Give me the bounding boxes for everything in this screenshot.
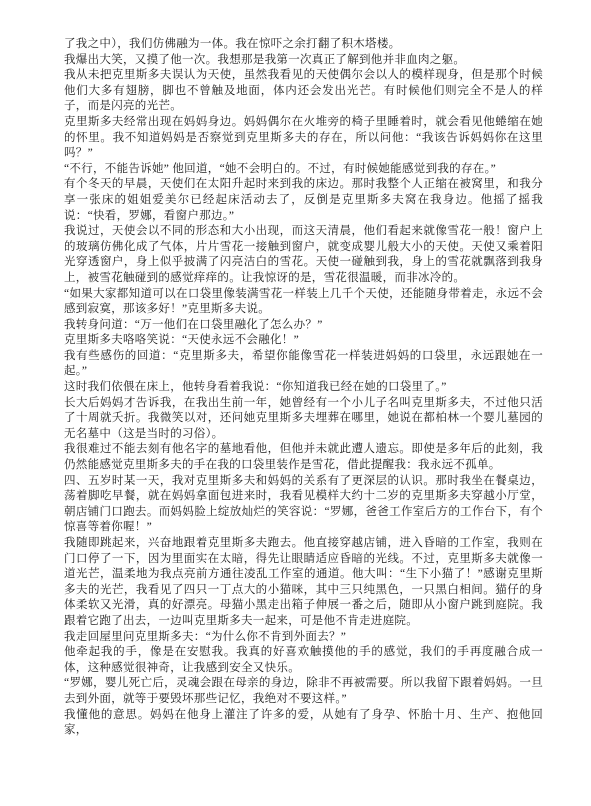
paragraph: 我有些感伤的回道：“克里斯多夫，希望你能像雪花一样装进妈妈的口袋里，永远跟她在一… <box>64 349 543 380</box>
paragraph: 有个冬天的早晨，天使们在太阳升起时来到我的床边。那时我整个人正缩在被窝里，和我分… <box>64 177 543 224</box>
paragraph: “不行，不能告诉她” 他回道，“她不会明白的。不过，有时候她能感觉到我的存在。” <box>64 162 543 178</box>
paragraph: 这时我们依偎在床上，他转身看着我说：“你知道我已经在她的口袋里了。” <box>64 380 543 396</box>
paragraph: 长大后妈妈才告诉我，在我出生前一年，她曾经有一个小儿子名叫克里斯多夫，不过他只活… <box>64 396 543 443</box>
paragraph: 我懂他的意思。妈妈在他身上灌注了许多的爱，从她有了身孕、怀胎十月、生产、抱他回家… <box>64 708 543 739</box>
paragraph: 克里斯多夫经常出现在妈妈身边。妈妈偶尔在火堆旁的椅子里睡着时，就会看见他蜷缩在她… <box>64 115 543 162</box>
paragraph: 我走回屋里问克里斯多夫：“为什么你不肯到外面去？” <box>64 630 543 646</box>
paragraph: 四、五岁时某一天，我对克里斯多夫和妈妈的关系有了更深层的认识。那时我坐在餐桌边，… <box>64 474 543 536</box>
paragraph: 我转身问道：“万一他们在口袋里融化了怎么办？” <box>64 318 543 334</box>
paragraph: 克里斯多夫咯咯笑说：“天使永远不会融化！” <box>64 333 543 349</box>
document-page: 了我之中），我们仿佛融为一体。我在惊吓之余打翻了积木塔楼。 我爆出大笑，又摸了他… <box>64 37 543 739</box>
paragraph: “罗娜，婴儿死亡后，灵魂会跟在母亲的身边，除非不再被需要。所以我留下跟着妈妈。一… <box>64 676 543 707</box>
paragraph: 我说过，天使会以不同的形态和大小出现，而这天清晨，他们看起来就像雪花一般！窗户上… <box>64 224 543 286</box>
paragraph: 我爆出大笑，又摸了他一次。我想那是我第一次真正了解到他并非血肉之躯。 <box>64 53 543 69</box>
paragraph: 了我之中），我们仿佛融为一体。我在惊吓之余打翻了积木塔楼。 <box>64 37 543 53</box>
paragraph: 我随即跳起来，兴奋地跟着克里斯多夫跑去。他直接穿越店铺，进入昏暗的工作室，我则在… <box>64 536 543 630</box>
paragraph: 我从未把克里斯多夫误认为天使，虽然我看见的天使偶尔会以人的模样现身，但是那个时候… <box>64 68 543 115</box>
paragraph: 他牵起我的手，像是在安慰我。我真的好喜欢触摸他的手的感觉，我们的手再度融合成一体… <box>64 645 543 676</box>
paragraph: 我很难过不能去刻有他名字的墓地看他，但他并未就此遭人遗忘。即使是多年后的此刻，我… <box>64 442 543 473</box>
paragraph: “如果大家都知道可以在口袋里像装满雪花一样装上几千个天使，还能随身带着走，永远不… <box>64 287 543 318</box>
